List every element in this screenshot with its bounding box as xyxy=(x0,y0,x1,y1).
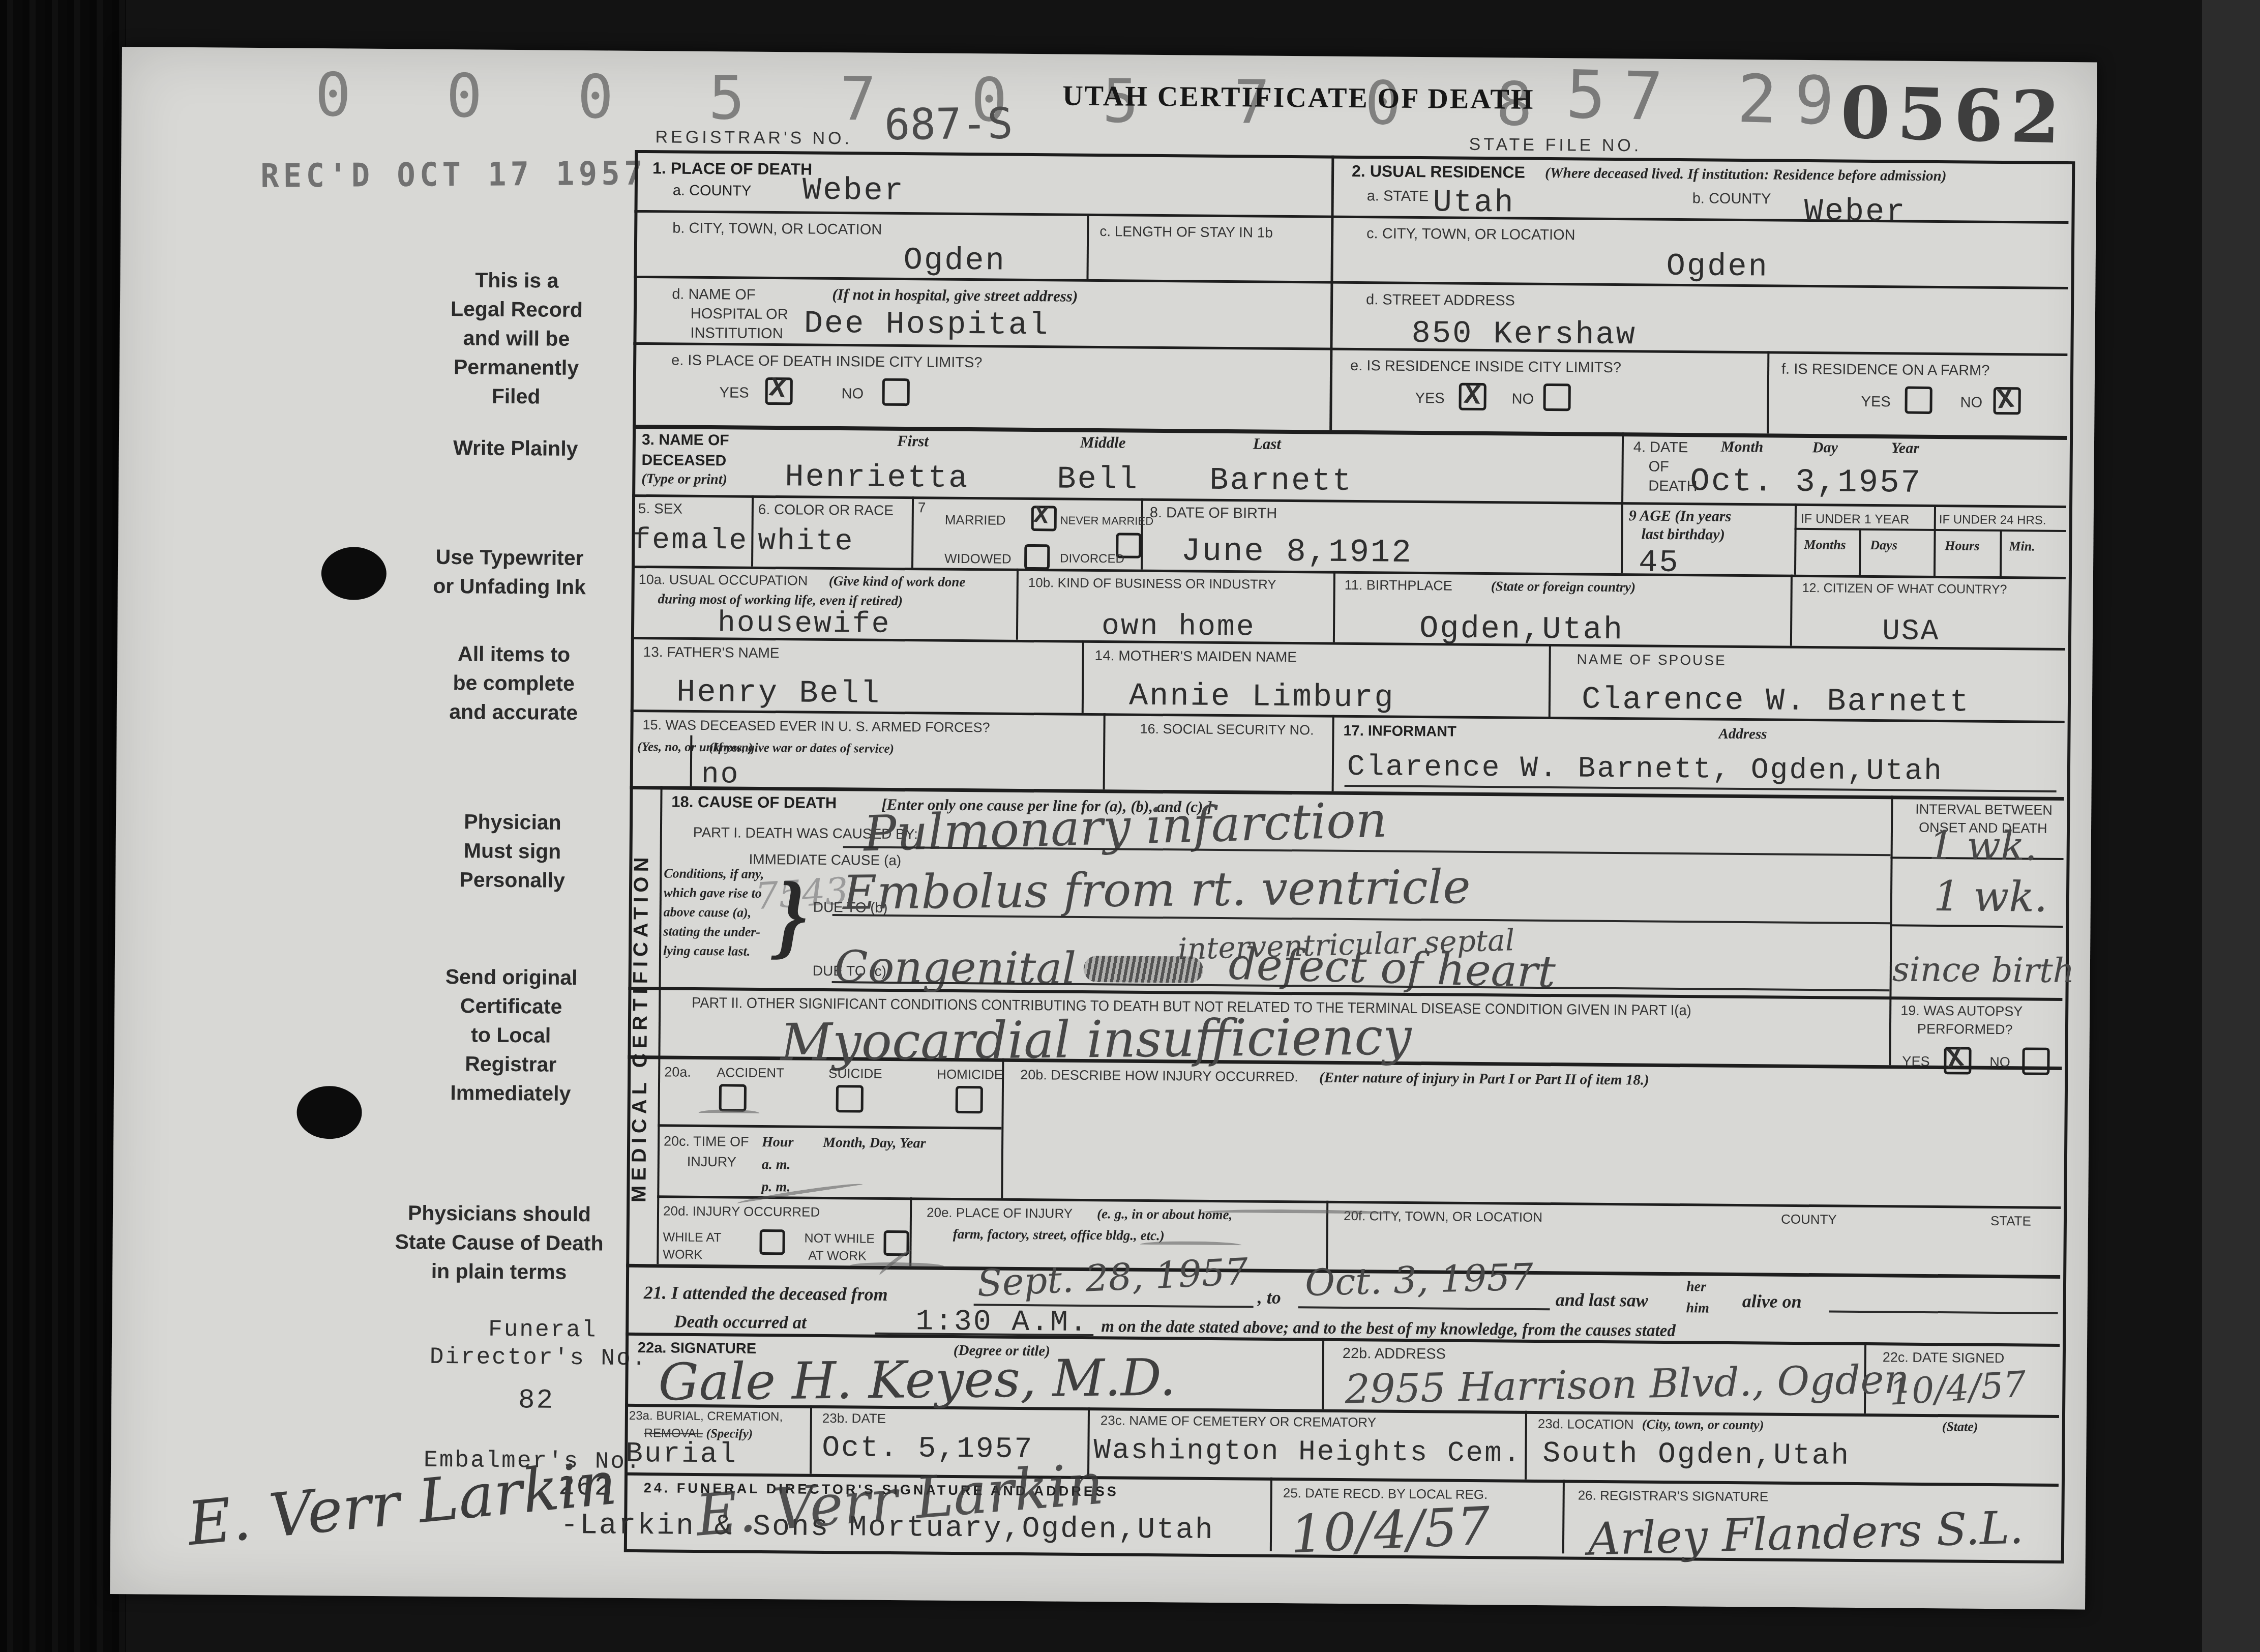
widowed-checkbox xyxy=(1024,544,1050,570)
legal-record-note: This is a xyxy=(395,268,639,293)
conditions-brace: } xyxy=(776,861,807,970)
residence-farm-label: f. IS RESIDENCE ON A FARM? xyxy=(1781,361,1990,379)
county-label: a. COUNTY xyxy=(673,183,752,200)
mother-name-value: Annie Limburg xyxy=(1129,678,1395,716)
attended-to-value: Oct. 3, 1957 xyxy=(1304,1255,1534,1304)
hospital-value: Dee Hospital xyxy=(804,306,1049,344)
physician-sign-note: Physician xyxy=(391,809,635,835)
punch-hole xyxy=(321,547,386,600)
certificate-title: UTAH CERTIFICATE OF DEATH xyxy=(1062,80,1535,116)
part2-value: Myocardial insufficiency xyxy=(780,1007,1412,1072)
hospital-label: INSTITUTION xyxy=(690,325,783,342)
race-value: white xyxy=(758,525,854,558)
business-value: own home xyxy=(1102,610,1256,644)
first-name-value: Henrietta xyxy=(785,459,969,496)
scanned-death-certificate: REC'D OCT 17 1957 This is a Legal Record… xyxy=(0,0,2260,1652)
accident-checkbox xyxy=(719,1084,747,1111)
residence-county-value: Weber xyxy=(1804,193,1907,230)
cemetery-value: Washington Heights Cem. xyxy=(1093,1434,1522,1470)
city-value: Ogden xyxy=(903,242,1006,279)
state-file-number: 0562 xyxy=(1839,71,2068,160)
middle-name-value: Bell xyxy=(1057,461,1139,497)
date-of-death-value: Oct. 3,1957 xyxy=(1690,463,1922,502)
married-mark: X xyxy=(1032,502,1050,531)
place-no-checkbox xyxy=(882,378,910,406)
send-original-note: Send original xyxy=(389,964,633,990)
state-file-label: STATE FILE NO. xyxy=(1469,135,1642,156)
sex-value: female xyxy=(633,524,748,558)
funeral-director-no-label: Funeral xyxy=(488,1316,598,1344)
while-at-work-checkbox xyxy=(759,1229,785,1255)
length-of-stay-label: c. LENGTH OF STAY IN 1b xyxy=(1099,223,1273,241)
write-plainly-note: Write Plainly xyxy=(394,435,638,461)
interval-b-value: 1 wk. xyxy=(1934,872,2048,922)
scribbled-out-word xyxy=(1084,956,1203,983)
spouse-name-value: Clarence W. Barnett xyxy=(1582,682,1970,721)
suicide-checkbox xyxy=(836,1085,864,1112)
cause-b-value: Embolus from rt. ventricle xyxy=(843,860,1471,920)
burial-location-value: South Ogden,Utah xyxy=(1542,1437,1850,1473)
punch-hole xyxy=(296,1086,362,1139)
age-value: 45 xyxy=(1639,544,1680,581)
received-date-stamp: REC'D OCT 17 1957 xyxy=(260,155,647,195)
cause-of-death-label: 18. CAUSE OF DEATH xyxy=(671,793,837,813)
funeral-director-signature: E. Verr Larkin xyxy=(185,1448,619,1559)
birthplace-value: Ogden,Utah xyxy=(1419,610,1624,648)
inside-city-limits-label: e. IS PLACE OF DEATH INSIDE CITY LIMITS? xyxy=(671,352,983,372)
burial-value: Burial xyxy=(626,1437,737,1471)
farm-yes-checkbox xyxy=(1905,387,1932,414)
medical-certification-label: MEDICAL CERTIFICATION xyxy=(627,793,659,1261)
interval-a-value: 1 wk. xyxy=(1928,823,2037,870)
registrars-no-value: 687-S xyxy=(884,99,1013,150)
residence-city-no-checkbox xyxy=(1543,383,1570,411)
cause-c-value-2: defect of heart xyxy=(1228,939,1556,998)
place-of-death-label: 1. PLACE OF DEATH xyxy=(652,159,812,179)
armed-forces-value: no xyxy=(701,758,740,792)
last-name-value: Barnett xyxy=(1209,462,1353,499)
physician-signature: Gale H. Keyes, M.D. xyxy=(658,1347,1176,1412)
certificate-paper: REC'D OCT 17 1957 This is a Legal Record… xyxy=(110,47,2097,1609)
complete-accurate-note: All items to xyxy=(392,641,636,667)
informant-value: Clarence W. Barnett, Ogden,Utah xyxy=(1347,751,1943,788)
date-of-birth-value: June 8,1912 xyxy=(1181,533,1413,572)
street-address-value: 850 Kershaw xyxy=(1411,315,1637,353)
date-received-value: 10/4/57 xyxy=(1289,1496,1492,1565)
interval-c-value: since birth xyxy=(1892,950,2075,990)
usual-residence-label: 2. USUAL RESIDENCE xyxy=(1352,162,1525,182)
cause-c-value-1: Congenital xyxy=(834,941,1076,994)
autopsy-no-checkbox xyxy=(2022,1047,2049,1075)
book-binding-edge xyxy=(0,0,126,1652)
scan-right-band xyxy=(2202,0,2260,1652)
father-name-value: Henry Bell xyxy=(676,674,881,712)
occupation-value: housewife xyxy=(718,607,891,641)
funeral-director-no-value: 82 xyxy=(518,1385,554,1417)
name-of-deceased-label: DECEASED xyxy=(642,452,727,469)
citizen-value: USA xyxy=(1882,615,1940,648)
date-signed-value: 10/4/57 xyxy=(1888,1363,2027,1413)
state-value: Utah xyxy=(1433,184,1514,221)
residence-city-value: Ogden xyxy=(1666,248,1769,285)
homicide-checkbox xyxy=(956,1086,983,1113)
city-label: b. CITY, TOWN, OR LOCATION xyxy=(672,220,882,239)
plain-terms-note: Physicians should xyxy=(367,1201,632,1227)
state-file-stamp: 57 29 xyxy=(1565,55,1852,140)
registrars-no-label: REGISTRAR'S NO. xyxy=(655,127,852,149)
typewriter-note: Use Typewriter xyxy=(382,545,637,571)
county-value: Weber xyxy=(802,172,905,210)
